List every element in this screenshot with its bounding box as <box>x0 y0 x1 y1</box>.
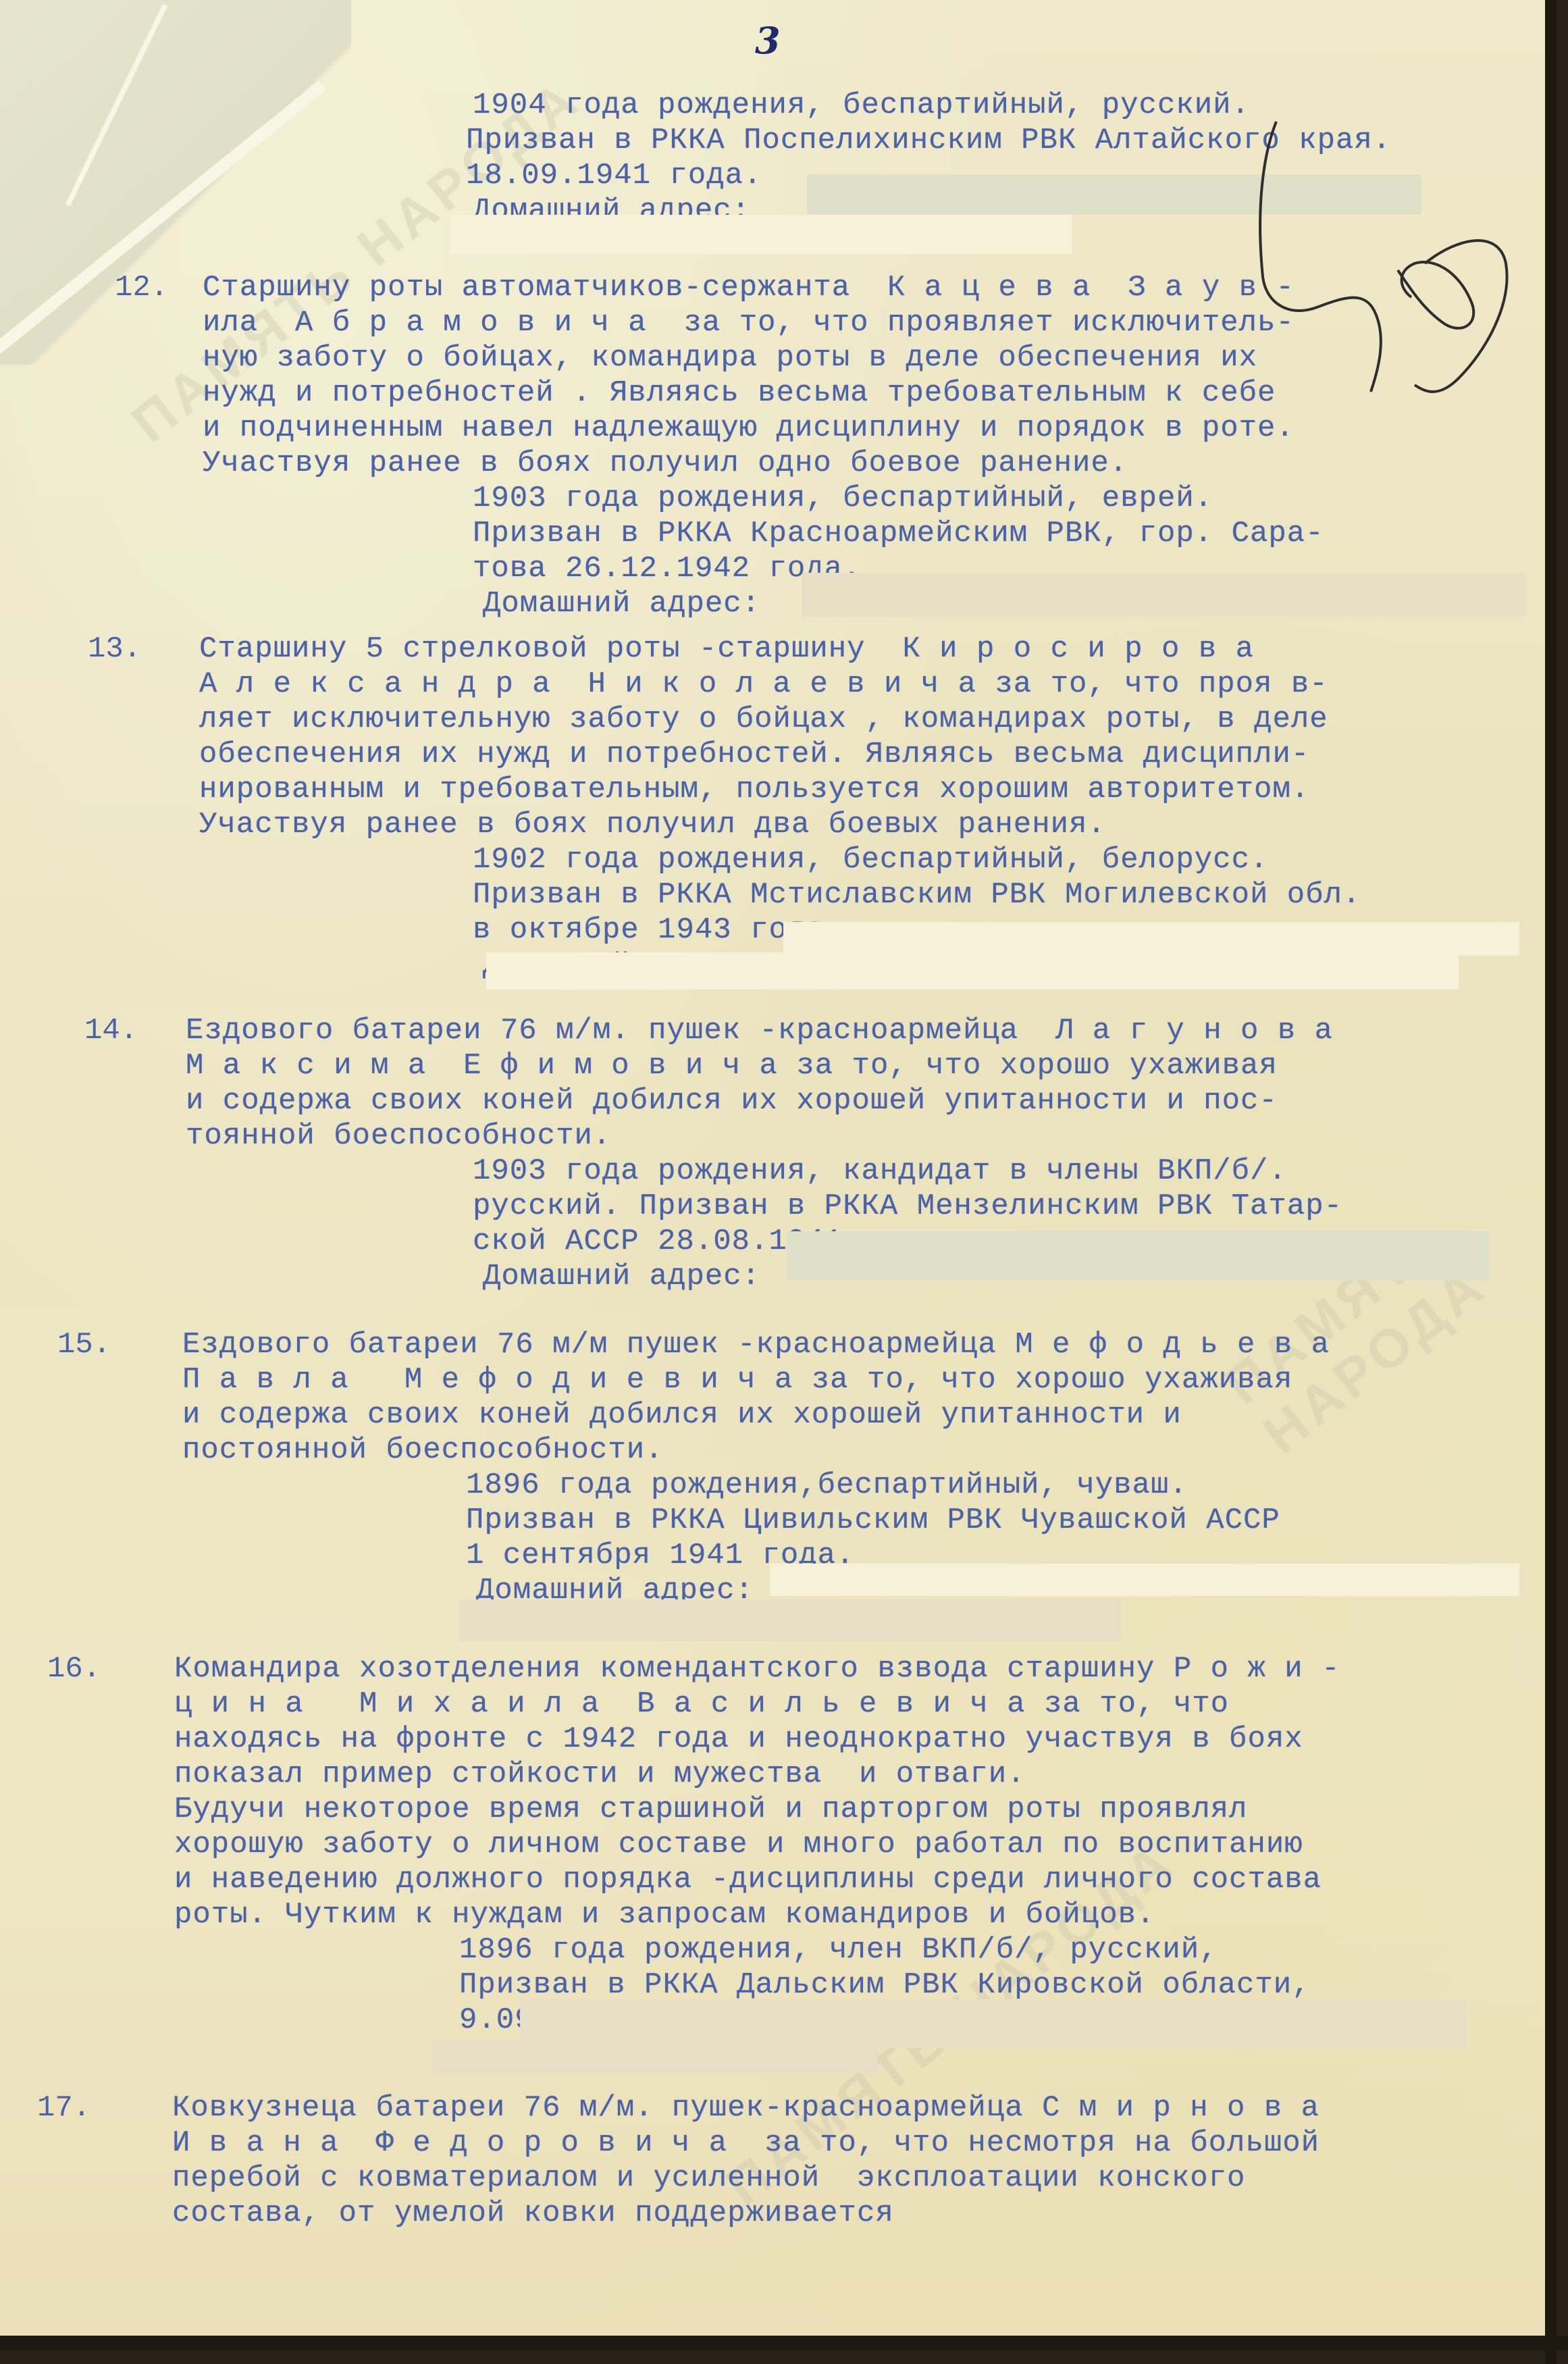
entry-body-line: постоянной боеспособности. <box>182 1433 664 1468</box>
entry-body-line: М а к с и м а Е ф и м о в и ч а за то, ч… <box>186 1048 1278 1083</box>
entry-number: 13. <box>88 632 141 667</box>
redacted-address <box>459 1599 1121 1641</box>
entry-body-line: ц и н а М и х а и л а В а с и л ь е в и … <box>174 1687 1229 1722</box>
entry-detail-line: 1903 года рождения, беспартийный, еврей. <box>473 481 1213 516</box>
entry-body-line: ила А б р а м о в и ч а за то, что прояв… <box>203 305 1295 340</box>
entry-detail-line: 1896 года рождения,беспартийный, чуваш. <box>466 1468 1188 1503</box>
entry-body-line: Командира хозотделения комендантского вз… <box>174 1651 1340 1687</box>
entry-detail-line: Призван в РККА Мстиславским РВК Могилевс… <box>473 877 1361 913</box>
entry-detail-line: Призван в РККА Цивильским РВК Чувашской … <box>466 1503 1280 1538</box>
entry-body-line: И в а н а Ф е д о р о в и ч а за то, что… <box>172 2126 1319 2161</box>
entry-number: 14. <box>84 1013 138 1048</box>
entry-body-line: находясь на фронте с 1942 года и неоднок… <box>174 1722 1303 1757</box>
entry-body-line: А л е к с а н д р а Н и к о л а е в и ч … <box>199 667 1328 702</box>
redacted-address <box>783 922 1519 956</box>
entry-body-line: роты. Чутким к нуждам и запросам команди… <box>174 1897 1155 1932</box>
entry-body-line: перебой с ковматериалом и усиленной эксп… <box>172 2161 1245 2196</box>
document-page: ПАМЯТЬ НАРОДА ПАМЯТЬ НАРОДА ПАМЯТЬ НАРОД… <box>0 0 1557 2350</box>
scan-border <box>0 2336 1568 2350</box>
handwritten-mark <box>1229 101 1513 399</box>
entry-body-line: нированным и требовательным, пользуется … <box>199 772 1309 807</box>
redacted-address <box>787 1231 1489 1281</box>
entry-body-line: Участвуя ранее в боях получил два боевых… <box>199 807 1106 842</box>
redacted-address <box>486 952 1459 990</box>
entry-body-line: состава, от умелой ковки поддерживается <box>172 2196 894 2231</box>
entry-detail-line: 1903 года рождения, кандидат в члены ВКП… <box>473 1154 1287 1189</box>
entry-body-line: обеспечения их нужд и потребностей. Явля… <box>199 737 1309 772</box>
entry-body-line: хорошую заботу о личном составе и много … <box>174 1827 1303 1862</box>
entry-body-line: и содержа своих коней добился их хорошей… <box>186 1083 1278 1119</box>
entry-body-line: и содержа своих коней добился их хорошей… <box>182 1397 1182 1433</box>
entry-body-line: ляет исключительную заботу о бойцах , ко… <box>199 702 1328 737</box>
entry-body-line: нужд и потребностей . Являясь весьма тре… <box>203 376 1276 411</box>
entry-detail-line: русский. Призван в РККА Мензелинским РВК… <box>473 1189 1342 1224</box>
scan-border <box>1545 0 1557 2364</box>
entry-detail-line: Призван в РККА Дальским РВК Кировской об… <box>459 1968 1311 2003</box>
entry-number: 12. <box>115 270 168 305</box>
redacted-address <box>770 1564 1519 1596</box>
entry-body-line: тоянной боеспособности. <box>186 1119 611 1154</box>
entry-body-line: ную заботу о бойцах, командира роты в де… <box>203 340 1257 376</box>
preamble-line: 1904 года рождения, беспартийный, русски… <box>473 88 1250 123</box>
redacted-address <box>802 573 1526 617</box>
entry-number: 15. <box>57 1327 111 1362</box>
entry-detail-line: 1902 года рождения, беспартийный, белору… <box>473 842 1268 877</box>
entry-body-line: показал пример стойкости и мужества и от… <box>174 1757 1026 1792</box>
entry-body-line: Ковкузнеца батареи 76 м/м. пушек-красноа… <box>172 2090 1319 2126</box>
redacted-address <box>432 2041 878 2074</box>
entry-body-line: и наведению должного порядка -дисциплины… <box>174 1862 1322 1897</box>
entry-body-line: Будучи некоторое время старшиной и парто… <box>174 1792 1247 1827</box>
redacted-address <box>451 215 1072 254</box>
entry-body-line: Участвуя ранее в боях получил одно боево… <box>203 446 1128 481</box>
entry-detail-line: Домашний адрес: <box>483 586 760 621</box>
entry-detail-line: 1896 года рождения, член ВКП/б/, русский… <box>459 1932 1218 1968</box>
entry-number: 16. <box>47 1651 101 1687</box>
entry-body-line: Ездового батареи 76 м/м. пушек -красноар… <box>186 1013 1333 1048</box>
entry-detail-line: Призван в РККА Красноармейским РВК, гор.… <box>473 516 1324 551</box>
entry-body-line: П а в л а М е ф о д и е в и ч а за то, ч… <box>182 1362 1292 1397</box>
entry-detail-line: Домашний адрес: <box>483 1259 760 1294</box>
entry-body-line: Ездового батареи 76 м/м пушек -красноарм… <box>182 1327 1330 1362</box>
entry-body-line: и подчиненным навел надлежащую дисциплин… <box>203 411 1295 446</box>
entry-body-line: Старшину роты автоматчиков-сержанта К а … <box>203 270 1295 305</box>
page-number: 3 <box>755 19 781 62</box>
preamble-line: 18.09.1941 года. <box>466 158 762 193</box>
entry-body-line: Старшину 5 стрелковой роты -старшину К и… <box>199 632 1254 667</box>
entry-number: 17. <box>37 2090 90 2126</box>
